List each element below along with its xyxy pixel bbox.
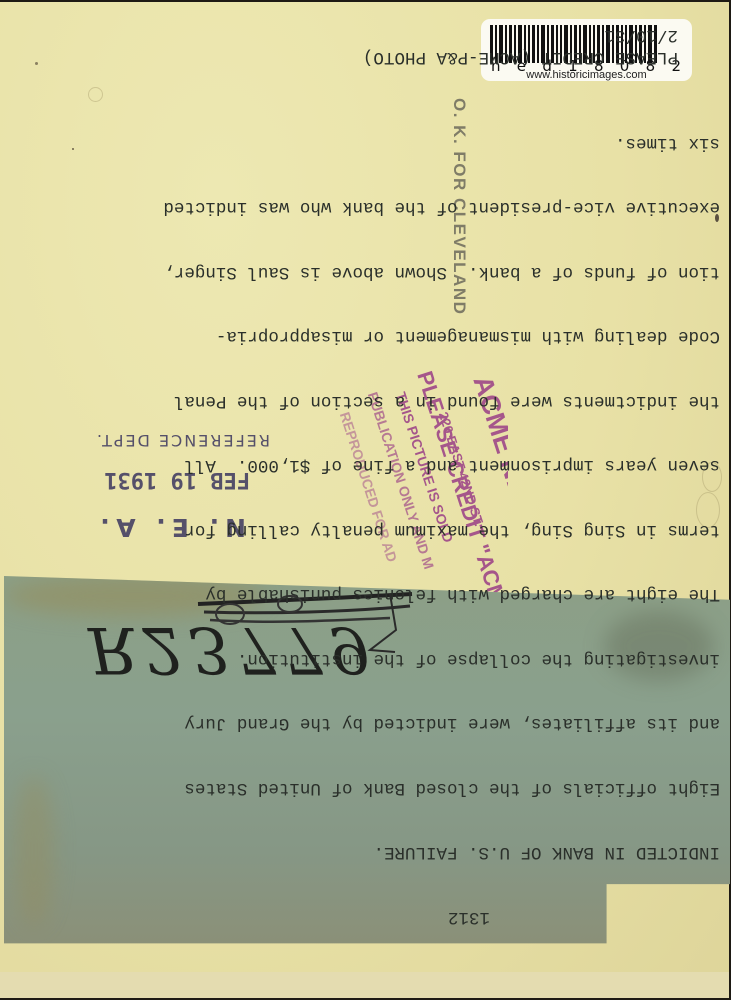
caption-credit: PLEASE CREDIT (ACME-P&A PHOTO) — [363, 47, 678, 67]
caption-headline: INDICTED IN BANK OF U.S. FAILURE. — [40, 841, 720, 863]
paper-bottom-edge — [0, 972, 729, 998]
caption-line: and its affiliates, were indicted by the… — [40, 712, 720, 734]
caption-line: The eight are charged with felonies puni… — [40, 583, 720, 605]
caption-line: six times. — [40, 132, 720, 154]
caption-line: terms in Sing Sing, the maximum penalty … — [40, 519, 720, 541]
caption-line: the indictments were found in a section … — [40, 390, 720, 412]
caption-ref-number: 1312 — [40, 906, 720, 928]
paper-speck — [35, 62, 38, 65]
caption-line: seven years imprisonment and a fine of $… — [40, 454, 720, 476]
caption-line: Code dealing with mismanagement or misap… — [40, 325, 720, 347]
caption-line: Eight officials of the closed Bank of Un… — [40, 777, 720, 799]
typed-caption: 1312 INDICTED IN BANK OF U.S. FAILURE. E… — [40, 700, 720, 970]
caption-date: 2/10/31 — [434, 26, 678, 46]
caption-credit-row: PLEASE CREDIT (ACME-P&A PHOTO) 2/10/31 — [40, 3, 720, 89]
caption-line: tion of funds of a bank. Shown above is … — [40, 261, 720, 283]
caption-line: executive vice-president of the bank who… — [40, 196, 720, 218]
caption-line: investigating the collapse of the instit… — [40, 648, 720, 670]
